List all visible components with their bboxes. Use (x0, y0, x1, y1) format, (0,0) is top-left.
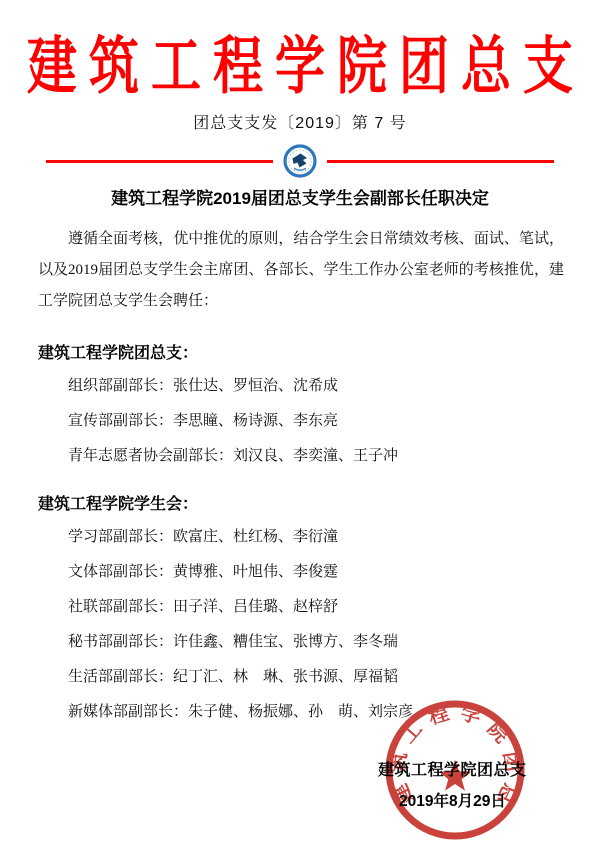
appointment-row: 秘书部副部长：许佳鑫、糟佳宝、张博方、李冬瑞 (68, 625, 600, 660)
appointment-row: 生活部副部长：纪丁汇、林 琳、张书源、厚福韬 (68, 660, 600, 695)
header-divider (46, 143, 554, 179)
divider-line-right (327, 160, 554, 163)
intro-paragraph: 遵循全面考核，优中推优的原则，结合学生会日常绩效考核、面试、笔试，以及2019届… (38, 224, 564, 317)
league-appointments: 组织部副部长：张仕达、罗恒治、沈希成 宣传部副部长：李思瞳、杨诗源、李东亮 青年… (68, 369, 600, 474)
section-heading-league: 建筑工程学院团总支： (38, 340, 600, 363)
appointment-row: 宣传部副部长：李思瞳、杨诗源、李东亮 (68, 404, 600, 439)
decision-title: 建筑工程学院2019届团总支学生会副部长任职决定 (0, 184, 600, 209)
college-emblem-icon (283, 144, 317, 178)
signature-organization: 建筑工程学院团总支 (378, 757, 527, 780)
appointment-row: 青年志愿者协会副部长：刘汉良、李奕潼、王子冲 (68, 439, 600, 474)
appointment-row: 学习部副部长：欧富庄、杜红杨、李衍潼 (68, 520, 600, 555)
appointment-row: 社联部副部长：田子洋、吕佳璐、赵梓舒 (68, 590, 600, 625)
document-body: 建筑工程学院2019届团总支学生会副部长任职决定 遵循全面考核，优中推优的原则，… (0, 184, 600, 730)
letterhead: 建筑工程学院团总支 团总支支发〔2019〕第 7 号 (0, 30, 600, 179)
appointment-row: 文体部副部长：黄博雅、叶旭伟、李俊霆 (68, 555, 600, 590)
appointment-row: 组织部副部长：张仕达、罗恒治、沈希成 (68, 369, 600, 404)
org-masthead-title: 建筑工程学院团总支 (0, 30, 600, 103)
document-number: 团总支支发〔2019〕第 7 号 (0, 110, 600, 133)
section-heading-student-union: 建筑工程学院学生会： (38, 491, 600, 514)
divider-line-left (46, 160, 273, 163)
signature-date: 2019年8月29日 (399, 789, 506, 811)
